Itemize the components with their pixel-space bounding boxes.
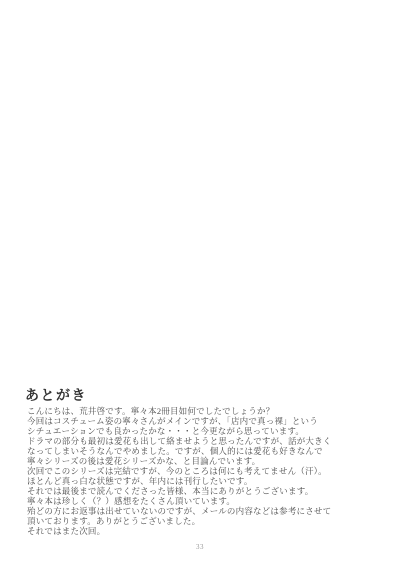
afterword-line: なってしまいそうなんでやめました。ですが、個人的には愛花も好きなんで [27, 446, 332, 456]
afterword-line: 寧々シリーズの後は愛花シリーズかな、と目論んでいます。 [27, 456, 332, 466]
afterword-line: 殆どの方にお返事は出せていないのですが、メールの内容などは参考にさせて [27, 506, 332, 516]
afterword-line: 今回はコスチューム姿の寧々さんがメインですが、「店内で真っ裸」という [27, 416, 332, 426]
afterword-line: シチュエーションでも良かったかな・・・と今更ながら思っています。 [27, 426, 332, 436]
afterword-line: それではまた次回。 [27, 526, 332, 536]
afterword-text: こんにちは、荒井啓です。寧々本2冊目如何でしたでしょうか？ 今回はコスチューム姿… [27, 406, 332, 536]
afterword-line: こんにちは、荒井啓です。寧々本2冊目如何でしたでしょうか？ [27, 406, 332, 416]
afterword-line: それでは最後まで読んでくださった皆様、本当にありがとうございます。 [27, 486, 332, 496]
afterword-line: ドラマの部分も最初は愛花も出して絡ませようと思ったんですが、話が大きく [27, 436, 332, 446]
page-title: あとがき [25, 388, 87, 402]
afterword-line: 寧々本は珍しく（？）感想をたくさん頂いています。 [27, 496, 332, 506]
afterword-line: ほとんど真っ白な状態ですが、年内には刊行したいです。 [27, 476, 332, 486]
afterword-line: 頂いております。ありがとうございました。 [27, 516, 332, 526]
page-number: 33 [0, 543, 400, 551]
afterword-line: 次回でこのシリーズは完結ですが、今のところは何にも考えてません（汗）。 [27, 466, 332, 476]
afterword-page: あとがき こんにちは、荒井啓です。寧々本2冊目如何でしたでしょうか？ 今回はコス… [0, 0, 400, 569]
